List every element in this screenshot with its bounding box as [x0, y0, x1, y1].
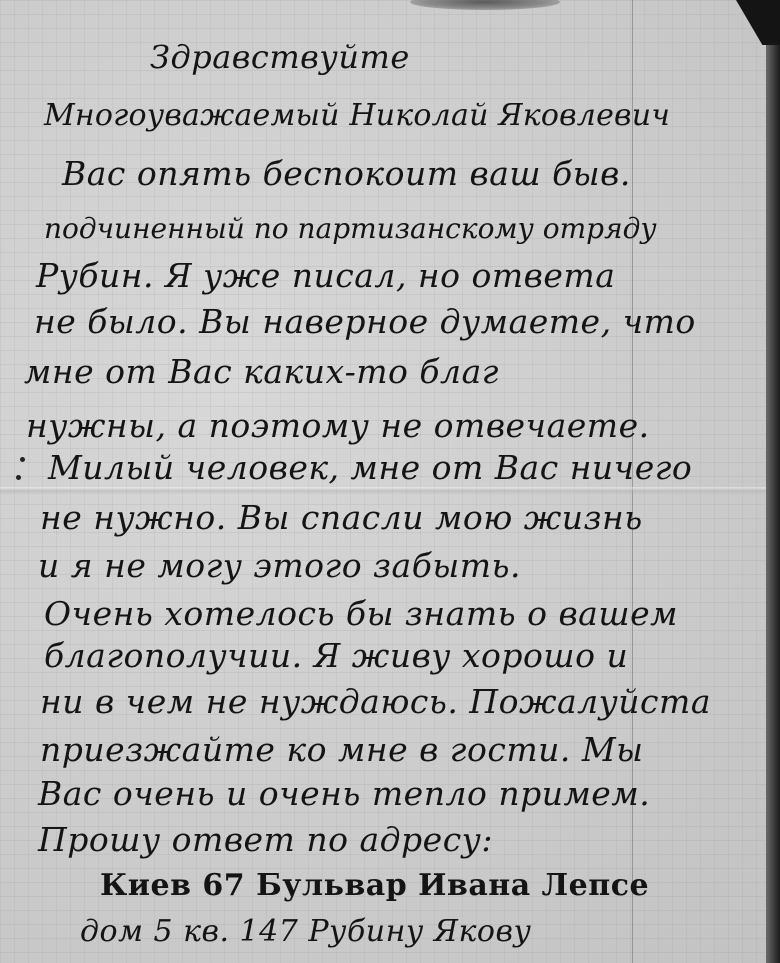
- ink-smudge: [410, 0, 560, 10]
- letter-address-line: дом 5 кв. 147 Рубину Якову: [80, 914, 531, 949]
- letter-body-line: Вас очень и очень тепло примем.: [38, 774, 650, 813]
- letter-body-line: ни в чем не нуждаюсь. Пожалуйста: [40, 682, 711, 721]
- letter-salutation: Многоуважаемый Николай Яковлевич: [44, 98, 670, 133]
- letter-body-line: не нужно. Вы спасли мою жизнь: [40, 498, 643, 537]
- letter-address-line: Киев 67 Бульвар Ивана Лепсе: [100, 868, 649, 903]
- letter-greeting: Здравствуйте: [150, 38, 410, 76]
- letter-body-line: приезжайте ко мне в гости. Мы: [40, 730, 644, 769]
- margin-mark: [20, 457, 25, 462]
- letter-body-line: подчиненный по партизанскому отряду: [44, 212, 657, 245]
- letter-body-line: Рубин. Я уже писал, но ответа: [36, 256, 615, 295]
- letter-body-line: Вас опять беспокоит ваш быв.: [62, 154, 631, 193]
- scan-border-right: [766, 0, 780, 963]
- letter-body-line: и я не могу этого забыть.: [38, 546, 521, 585]
- letter-body-line: Очень хотелось бы знать о вашем: [44, 594, 678, 633]
- letter-body-line: не было. Вы наверное думаете, что: [34, 302, 696, 341]
- letter-body-line: нужны, а поэтому не отвечаете.: [26, 406, 650, 445]
- letter-body-line: Прошу ответ по адресу:: [38, 820, 493, 859]
- letter-body-line: мне от Вас каких-то благ: [24, 352, 499, 391]
- letter-page: Здравствуйте Многоуважаемый Николай Яков…: [0, 0, 768, 963]
- letter-body-line: благополучии. Я живу хорошо и: [44, 636, 628, 675]
- margin-mark: [16, 475, 21, 480]
- paper-fold-crease: [0, 487, 768, 495]
- letter-body-line: Милый человек, мне от Вас ничего: [48, 448, 692, 487]
